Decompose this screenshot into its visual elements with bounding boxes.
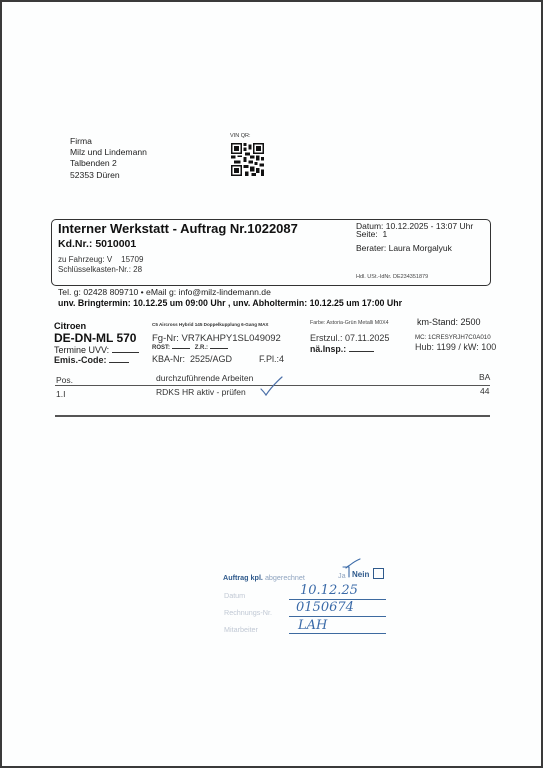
field-value-mitarbeiter: LAH	[298, 618, 327, 633]
vat-id: Hdl. USt.-IdNr. DE234351879	[356, 274, 428, 280]
uvv-blank	[112, 352, 139, 353]
kba-number: KBA-Nr: 2525/AGD	[152, 354, 232, 364]
vehicle-brand: Citroen	[54, 321, 86, 331]
checkmark-icon	[258, 376, 286, 398]
mc-code: MC: 1CRESYRJH7C0A010	[415, 334, 491, 341]
vin-qr-label: VIN QR:	[230, 133, 250, 139]
mileage: km-Stand: 2500	[417, 317, 481, 327]
uvv-dates: Termine UVV:	[54, 345, 139, 355]
row-ba: 44	[480, 386, 489, 396]
rost-label: ROST:	[152, 345, 170, 351]
company-line: Firma	[70, 136, 147, 147]
stamp-title: Auftrag kpl. abgerechnet	[223, 573, 305, 582]
advisor: Berater: Laura Morgalyuk	[356, 243, 452, 253]
rost-blank	[172, 348, 190, 349]
nein-checkbox[interactable]	[373, 568, 384, 579]
contact-line: Tel. g: 02428 809710 • eMail g: info@mil…	[58, 287, 271, 297]
vin-number: Fg-Nr: VR7KAHPY1SL049092	[152, 333, 281, 344]
col-header-pos: Pos.	[56, 375, 73, 385]
company-address: Firma Milz und Lindemann Talbenden 2 523…	[70, 136, 147, 181]
company-line: Talbenden 2	[70, 158, 147, 169]
vehicle-model: C5 Aircross Hybrid 145 Doppelkupplung 6-…	[152, 322, 268, 327]
customer-number: Kd.Nr.: 5010001	[58, 238, 136, 250]
f-pl: F.Pl.:4	[259, 354, 284, 364]
uvv-label: Termine UVV:	[54, 345, 109, 355]
stamp-title-faint: abgerechnet	[265, 573, 305, 582]
rost-zr: ROST: Z.R.:	[152, 345, 228, 351]
key-box-number: Schlüsselkasten-Nr.: 28	[58, 265, 142, 274]
first-registration: Erstzul.: 07.11.2025	[310, 333, 389, 343]
displacement-power: Hub: 1199 / kW: 100	[415, 342, 496, 352]
field-line-mitarbeiter	[289, 633, 386, 634]
vehicle-color: Farbe: Astoria-Grün Metalli M0X4	[310, 320, 389, 326]
field-label-rechnungsnr: Rechnungs-Nr.	[224, 608, 272, 617]
nein-label: Nein	[352, 570, 369, 579]
col-header-ba: BA	[479, 372, 490, 382]
col-header-arbeiten: durchzuführende Arbeiten	[156, 373, 253, 383]
zr-blank	[210, 348, 228, 349]
page-number: Seite: 1	[356, 229, 387, 239]
license-plate: DE-DN-ML 570	[54, 331, 136, 345]
company-line: Milz und Lindemann	[70, 147, 147, 158]
emission-code-blank	[109, 362, 129, 363]
row-pos: 1.I	[56, 389, 65, 399]
emission-code: Emis.-Code:	[54, 355, 129, 365]
table-footer-divider	[55, 415, 490, 417]
stamp-title-bold: Auftrag kpl.	[223, 573, 263, 582]
field-label-datum: Datum	[224, 591, 245, 600]
qr-code-icon	[231, 143, 264, 176]
zr-label: Z.R.:	[195, 345, 208, 351]
field-label-mitarbeiter: Mitarbeiter	[224, 625, 258, 634]
next-inspection-blank	[349, 351, 374, 352]
vehicle-reference: zu Fahrzeug: V 15709	[58, 255, 143, 264]
company-line: 52353 Düren	[70, 170, 147, 181]
field-value-rechnungsnr: 0150674	[296, 600, 354, 615]
appointment-times: unv. Bringtermin: 10.12.25 um 09:00 Uhr …	[58, 298, 402, 308]
emission-code-label: Emis.-Code:	[54, 355, 107, 365]
next-inspection-label: nä.Insp.:	[310, 344, 346, 354]
next-inspection: nä.Insp.:	[310, 344, 374, 354]
work-order-page: Firma Milz und Lindemann Talbenden 2 523…	[2, 2, 541, 766]
field-value-datum: 10.12.25	[300, 583, 358, 598]
row-arbeiten: RDKS HR aktiv - prüfen	[156, 387, 246, 397]
order-title: Interner Werkstatt - Auftrag Nr.1022087	[58, 221, 298, 236]
